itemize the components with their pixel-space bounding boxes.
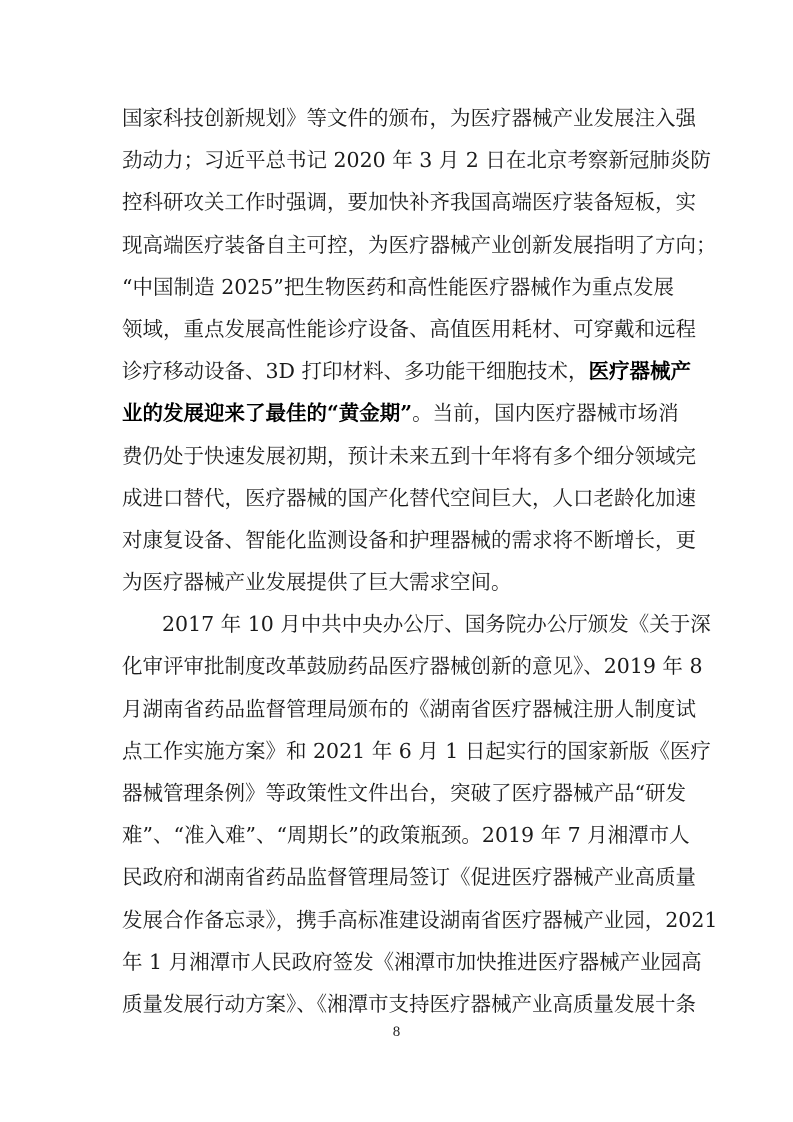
text-line: 成进口替代，医疗器械的国产化替代空间巨大，人口老龄化加速 bbox=[122, 477, 674, 519]
text-segment: 领域，重点发展高性能诊疗设备、高值医用耗材、可穿戴和远程 bbox=[122, 317, 696, 341]
text-segment: 费仍处于快速发展初期，预计未来五到十年将有多个细分领域完 bbox=[122, 444, 696, 468]
text-segment: 器械管理条例》等政策性文件出台，突破了医疗器械产品“研发 bbox=[122, 781, 686, 805]
text-line: 民政府和湖南省药品监督管理局签订《促进医疗器械产业高质量 bbox=[122, 856, 674, 898]
paragraph: 国家科技创新规划》等文件的颁布，为医疗器械产业发展注入强劲动力；习近平总书记 2… bbox=[122, 97, 674, 603]
text-line: “中国制造 2025”把生物医药和高性能医疗器械作为重点发展 bbox=[122, 266, 674, 308]
text-segment: 对康复设备、智能化监测设备和护理器械的需求将不断增长，更 bbox=[122, 528, 696, 552]
text-line: 控科研攻关工作时强调，要加快补齐我国高端医疗装备短板，实 bbox=[122, 181, 674, 223]
page-number: 8 bbox=[0, 1024, 793, 1041]
text-line: 器械管理条例》等政策性文件出台，突破了医疗器械产品“研发 bbox=[122, 772, 674, 814]
text-line: 为医疗器械产业发展提供了巨大需求空间。 bbox=[122, 561, 674, 603]
text-line: 诊疗移动设备、3D 打印材料、多功能干细胞技术，医疗器械产 bbox=[122, 350, 674, 392]
text-line: 费仍处于快速发展初期，预计未来五到十年将有多个细分领域完 bbox=[122, 435, 674, 477]
text-segment: 难”、“准入难”、“周期长”的政策瓶颈。2019 年 7 月湘潭市人 bbox=[122, 823, 690, 847]
text-line: 国家科技创新规划》等文件的颁布，为医疗器械产业发展注入强 bbox=[122, 97, 674, 139]
emphasized-text: 业的发展迎来了最佳的“黄金期” bbox=[122, 401, 412, 425]
text-segment: 年 1 月湘潭市人民政府签发《湘潭市加快推进医疗器械产业园高 bbox=[122, 950, 702, 974]
text-line: 现高端医疗装备自主可控，为医疗器械产业创新发展指明了方向； bbox=[122, 224, 674, 266]
text-segment: 发展合作备忘录》，携手高标准建设湖南省医疗器械产业园，2021 bbox=[122, 908, 717, 932]
text-line: 领域，重点发展高性能诊疗设备、高值医用耗材、可穿戴和远程 bbox=[122, 308, 674, 350]
text-line: 业的发展迎来了最佳的“黄金期”。当前，国内医疗器械市场消 bbox=[122, 392, 674, 434]
body-text: 国家科技创新规划》等文件的颁布，为医疗器械产业发展注入强劲动力；习近平总书记 2… bbox=[122, 97, 674, 1025]
emphasized-text: 医疗器械产 bbox=[589, 359, 692, 383]
text-segment: 现高端医疗装备自主可控，为医疗器械产业创新发展指明了方向； bbox=[122, 233, 717, 257]
text-segment: 质量发展行动方案》、《湘潭市支持医疗器械产业高质量发展十条 bbox=[122, 992, 696, 1016]
text-line: 点工作实施方案》和 2021 年 6 月 1 日起实行的国家新版《医疗 bbox=[122, 730, 674, 772]
text-segment: 月湖南省药品监督管理局颁布的《湖南省医疗器械注册人制度试 bbox=[122, 697, 696, 721]
text-line: 年 1 月湘潭市人民政府签发《湘潭市加快推进医疗器械产业园高 bbox=[122, 941, 674, 983]
text-segment: 成进口替代，医疗器械的国产化替代空间巨大，人口老龄化加速 bbox=[122, 486, 696, 510]
text-line: 月湖南省药品监督管理局颁布的《湖南省医疗器械注册人制度试 bbox=[122, 688, 674, 730]
text-segment: 点工作实施方案》和 2021 年 6 月 1 日起实行的国家新版《医疗 bbox=[122, 739, 711, 763]
text-segment: 劲动力；习近平总书记 2020 年 3 月 2 日在北京考察新冠肺炎防 bbox=[122, 148, 711, 172]
text-segment: 化审评审批制度改革鼓励药品医疗器械创新的意见》、2019 年 8 bbox=[122, 654, 703, 678]
text-segment: 诊疗移动设备、3D 打印材料、多功能干细胞技术， bbox=[122, 359, 589, 383]
text-segment: 控科研攻关工作时强调，要加快补齐我国高端医疗装备短板，实 bbox=[122, 190, 696, 214]
document-page: 国家科技创新规划》等文件的颁布，为医疗器械产业发展注入强劲动力；习近平总书记 2… bbox=[122, 97, 674, 1025]
text-line: 劲动力；习近平总书记 2020 年 3 月 2 日在北京考察新冠肺炎防 bbox=[122, 139, 674, 181]
text-line: 2017 年 10 月中共中央办公厅、国务院办公厅颁发《关于深 bbox=[122, 603, 674, 645]
paragraph: 2017 年 10 月中共中央办公厅、国务院办公厅颁发《关于深化审评审批制度改革… bbox=[122, 603, 674, 1025]
text-segment: 国家科技创新规划》等文件的颁布，为医疗器械产业发展注入强 bbox=[122, 106, 696, 130]
text-line: 化审评审批制度改革鼓励药品医疗器械创新的意见》、2019 年 8 bbox=[122, 645, 674, 687]
text-line: 发展合作备忘录》，携手高标准建设湖南省医疗器械产业园，2021 bbox=[122, 899, 674, 941]
text-segment: 民政府和湖南省药品监督管理局签订《促进医疗器械产业高质量 bbox=[122, 865, 696, 889]
text-segment: 为医疗器械产业发展提供了巨大需求空间。 bbox=[122, 570, 512, 594]
text-segment: “中国制造 2025”把生物医药和高性能医疗器械作为重点发展 bbox=[122, 275, 674, 299]
text-line: 难”、“准入难”、“周期长”的政策瓶颈。2019 年 7 月湘潭市人 bbox=[122, 814, 674, 856]
text-segment: 。当前，国内医疗器械市场消 bbox=[412, 401, 679, 425]
text-segment: 2017 年 10 月中共中央办公厅、国务院办公厅颁发《关于深 bbox=[162, 612, 711, 636]
text-line: 质量发展行动方案》、《湘潭市支持医疗器械产业高质量发展十条 bbox=[122, 983, 674, 1025]
text-line: 对康复设备、智能化监测设备和护理器械的需求将不断增长，更 bbox=[122, 519, 674, 561]
